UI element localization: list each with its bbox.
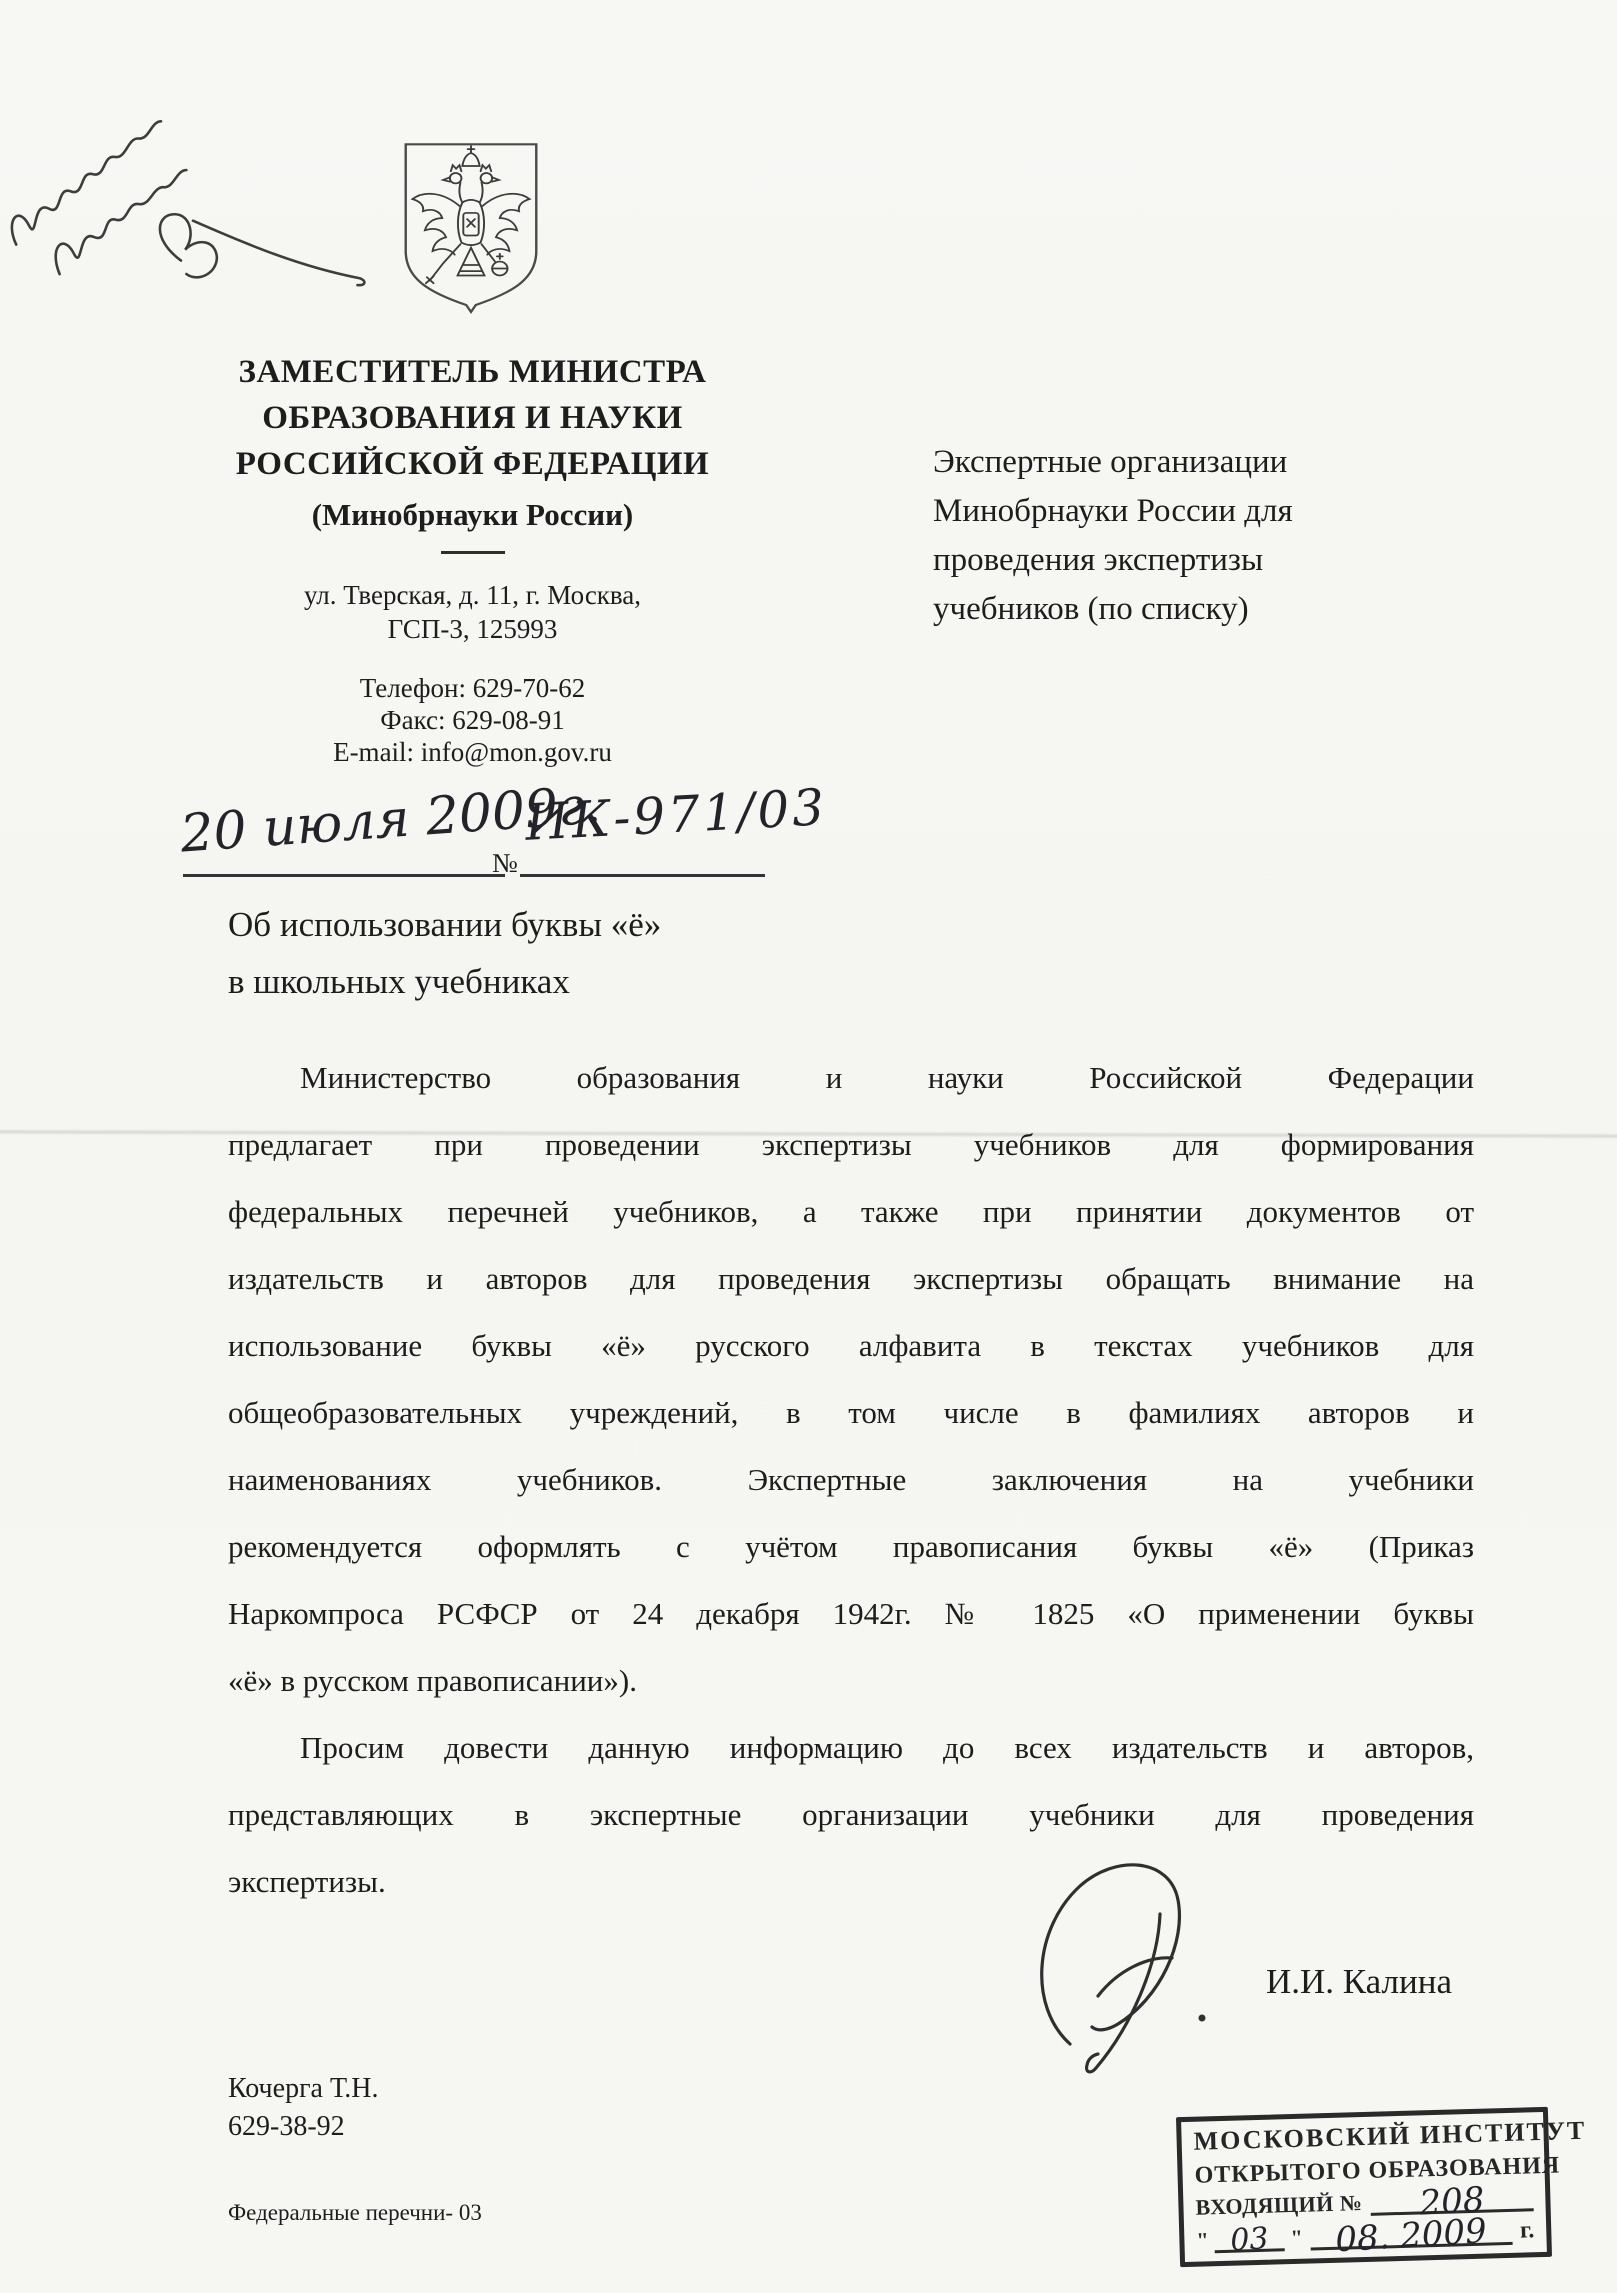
stamp-number-cell: 208 (1370, 2186, 1534, 2217)
address-line: ул. Тверская, д. 11, г. Москва, (200, 578, 745, 612)
stamp-month-year: 08. 2009 (1310, 2215, 1513, 2256)
body-line: Просим довести данную информацию до всех… (228, 1714, 1474, 1781)
body-line: рекомендуется оформлять с учётом правопи… (228, 1513, 1474, 1580)
stamp-date-row: " 03 " 08. 2009 г. (1196, 2217, 1535, 2253)
executor-name: Кочерга Т.Н. (228, 2070, 379, 2108)
body-line: федеральных перечней учебников, а также … (228, 1178, 1474, 1245)
sender-title-line: РОССИЙСКОЙ ФЕДЕРАЦИИ (200, 441, 745, 487)
body-paragraphs: Министерство образования и науки Российс… (228, 1044, 1474, 1915)
subject-line: в школьных учебниках (228, 953, 661, 1010)
email-line: E-mail: info@mon.gov.ru (200, 736, 745, 768)
recipient-block: Экспертные организации Минобрнауки Росси… (933, 438, 1453, 634)
letterhead-divider (441, 551, 505, 554)
recipient-line: учебников (по списку) (933, 585, 1453, 634)
body-line: наименованиях учебников. Экспертные закл… (228, 1446, 1474, 1513)
ministry-short-name: (Минобрнауки России) (200, 495, 745, 535)
body-line: предлагает при проведении экспертизы уче… (228, 1111, 1474, 1178)
recipient-line: Экспертные организации (933, 438, 1453, 487)
address-line: ГСП-3, 125993 (200, 612, 745, 646)
sender-title-line: ЗАМЕСТИТЕЛЬ МИНИСТРА (200, 349, 745, 395)
address-block: ул. Тверская, д. 11, г. Москва, ГСП-3, 1… (200, 578, 745, 646)
date-underline (183, 874, 505, 877)
contacts-block: Телефон: 629-70-62 Факс: 629-08-91 E-mai… (200, 672, 745, 768)
body-line: экспертизы. (228, 1848, 1474, 1915)
fax-line: Факс: 629-08-91 (200, 704, 745, 736)
stamp-open-quote: " (1196, 2227, 1209, 2253)
body-line: Министерство образования и науки Российс… (228, 1044, 1474, 1111)
body-line: Наркомпроса РСФСР от 24 декабря 1942г. №… (228, 1580, 1474, 1647)
letterhead: ЗАМЕСТИТЕЛЬ МИНИСТРА ОБРАЗОВАНИЯ И НАУКИ… (200, 349, 745, 768)
letter-page: ЗАМЕСТИТЕЛЬ МИНИСТРА ОБРАЗОВАНИЯ И НАУКИ… (0, 0, 1617, 2293)
body-line: представляющих в экспертные организации … (228, 1781, 1474, 1848)
stamp-day: 03 (1214, 2224, 1286, 2256)
stamp-month-year-cell: 08. 2009 (1310, 2219, 1512, 2251)
subject-line: Об использовании буквы «ё» (228, 896, 661, 953)
stamp-close-quote: " (1290, 2225, 1303, 2251)
stamp-org-line1: МОСКОВСКИЙ ИНСТИТУТ (1193, 2117, 1532, 2156)
sender-title-line: ОБРАЗОВАНИЯ И НАУКИ (200, 395, 745, 441)
footer-note: Федеральные перечни- 03 (228, 2200, 482, 2226)
recipient-line: проведения экспертизы (933, 536, 1453, 585)
subject-block: Об использовании буквы «ё» в школьных уч… (228, 896, 661, 1010)
handwritten-margin-note (0, 0, 372, 394)
incoming-stamp: МОСКОВСКИЙ ИНСТИТУТ ОТКРЫТОГО ОБРАЗОВАНИ… (1176, 2107, 1552, 2267)
phone-line: Телефон: 629-70-62 (200, 672, 745, 704)
stamp-day-cell: 03 (1214, 2225, 1285, 2253)
coat-of-arms-emblem (399, 140, 543, 318)
stamp-incoming-label: ВХОДЯЩИЙ № (1195, 2190, 1363, 2221)
number-underline (520, 874, 765, 877)
recipient-line: Минобрнауки России для (933, 487, 1453, 536)
body-line: издательств и авторов для проведения экс… (228, 1245, 1474, 1312)
signature-flourish (1012, 1848, 1277, 2083)
executor-block: Кочерга Т.Н. 629-38-92 (228, 2070, 379, 2146)
body-line: «ё» в русском правописании»). (228, 1647, 1474, 1714)
signatory-name: И.И. Калина (1266, 1962, 1452, 2002)
stamp-year-suffix: г. (1520, 2217, 1535, 2244)
double-headed-eagle-icon (412, 146, 529, 283)
body-line: общеобразовательных учреждений, в том чи… (228, 1379, 1474, 1446)
body-line: использование буквы «ё» русского алфавит… (228, 1312, 1474, 1379)
executor-phone: 629-38-92 (228, 2108, 379, 2146)
